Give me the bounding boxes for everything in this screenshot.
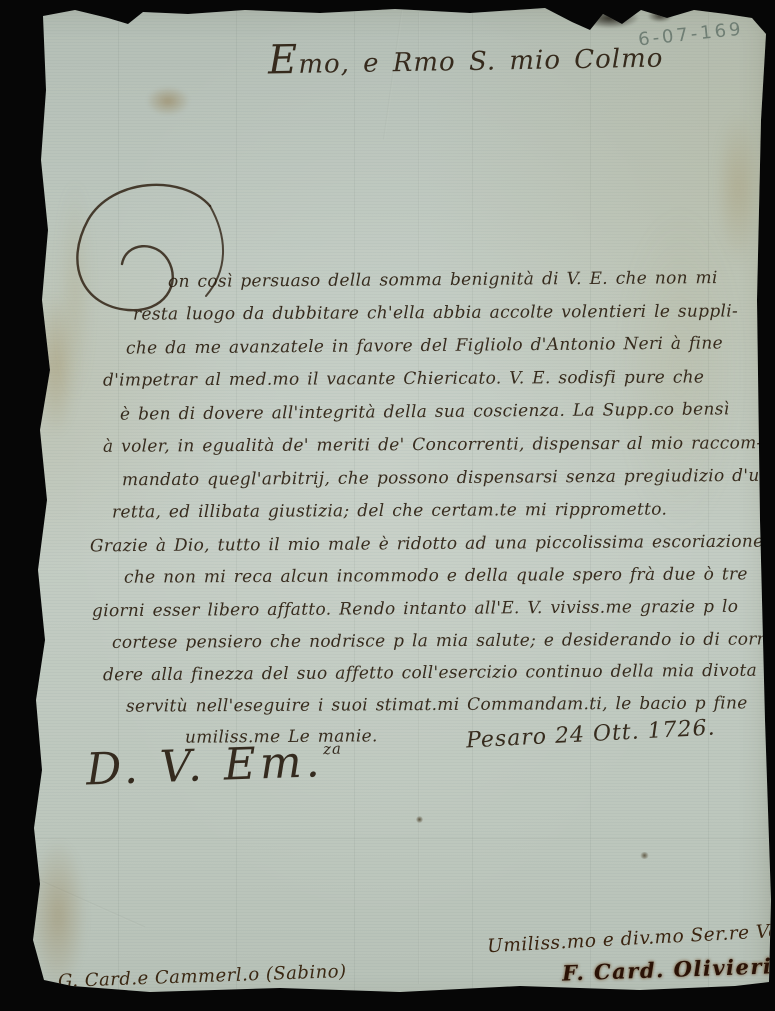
salutation-line: Emo, e Rmo S. mio Colmo	[268, 31, 664, 84]
closing-abbreviation-text: D. V. Em.	[85, 736, 324, 795]
closing-abbreviation: D. V. Em.za	[85, 736, 343, 796]
closing-abbreviation-superscript: za	[323, 740, 342, 759]
letter-line: servitù nell'eseguire i suoi stimat.mi C…	[126, 693, 748, 716]
horizontal-fold-crease	[34, 838, 766, 840]
letter-line: on così persuaso della somma benignità d…	[168, 268, 718, 292]
paper-sheet: 6-07-169 Emo, e Rmo S. mio Colmo on così…	[0, 0, 775, 1011]
letter-line: à voler, in egualità de' meriti de' Conc…	[103, 433, 763, 456]
letter-line: retta, ed illibata giustizia; del che ce…	[112, 500, 667, 523]
letter-line: cortese pensiero che nodrisce p la mia s…	[112, 629, 775, 653]
scanned-letter-page: 6-07-169 Emo, e Rmo S. mio Colmo on così…	[0, 0, 775, 1011]
letter-line: che non mi reca alcun incommodo e della …	[124, 564, 748, 587]
letter-line: resta luogo da dubbitare ch'ella abbia a…	[133, 301, 738, 324]
letter-line: d'impetrar al med.mo il vacante Chierica…	[103, 367, 704, 390]
